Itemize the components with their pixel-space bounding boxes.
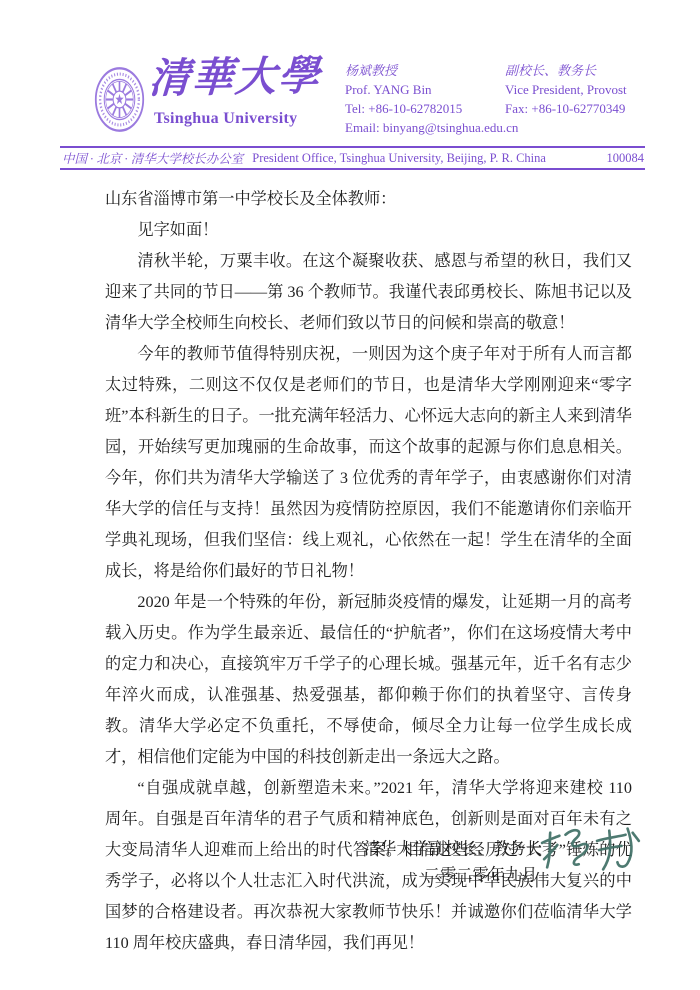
contact-column-left: 杨斌教授 Prof. YANG Bin Tel: +86-10-62782015… [345,61,518,137]
signoff-role: 清华大学副校长、教务长 [364,835,542,859]
paragraph: 2020 年是一个特殊的年份，新冠肺炎疫情的爆发，让延期一月的高考载入历史。作为… [105,587,632,773]
contact-fax: Fax: +86-10-62770349 [505,99,627,118]
university-name-en: Tsinghua University [154,110,297,128]
contact-tel: Tel: +86-10-62782015 [345,99,518,118]
paragraph: 清秋半轮，万粟丰收。在这个凝聚收获、感恩与希望的秋日，我们又迎来了共同的节日——… [105,246,632,339]
contact-name-en: Prof. YANG Bin [345,80,518,99]
address-cn: 中国 · 北京 · 清华大学校长办公室 [62,149,243,167]
address-band: 中国 · 北京 · 清华大学校长办公室 President Office, Ts… [62,149,644,167]
letterhead-divider-bottom [60,168,645,170]
tsinghua-seal-icon [94,66,145,133]
contact-column-right: 副校长、教务长 Vice President, Provost Fax: +86… [505,61,627,118]
letterhead-divider-top [60,146,645,148]
contact-name-cn: 杨斌教授 [345,61,518,80]
address-en: President Office, Tsinghua University, B… [252,151,546,166]
salutation: 山东省淄博市第一中学校长及全体教师： [105,184,632,215]
contact-title-en: Vice President, Provost [505,80,627,99]
signoff-date: 二零二零年九月 [424,861,537,885]
contact-email: Email: binyang@tsinghua.edu.cn [345,118,518,137]
letter-page: 清華大學 Tsinghua University 杨斌教授 Prof. YANG… [0,0,700,990]
contact-title-cn: 副校长、教务长 [505,61,627,80]
postcode: 100084 [607,151,645,166]
signature-yang-bin [538,818,650,880]
paragraph: 见字如面！ [105,215,632,246]
paragraph: 今年的教师节值得特别庆祝，一则因为这个庚子年对于所有人而言都太过特殊，二则这不仅… [105,339,632,587]
